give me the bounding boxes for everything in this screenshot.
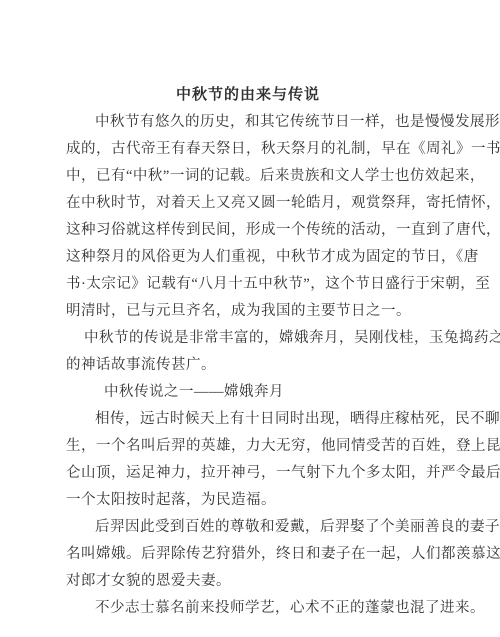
text-line: 的神话故事流传甚广。	[66, 352, 430, 379]
text-line: 这种祭月的风俗更为人们重视，中秋节才成为固定的节日，《唐	[66, 244, 430, 271]
text-line: 这种习俗就这样传到民间，形成一个传统的活动，一直到了唐代，	[66, 217, 430, 244]
text-line: 成的，古代帝王有春天祭日，秋天祭月的礼制，早在《周礼》一书	[66, 136, 430, 163]
document-page: 中秋节的由来与传说 中秋节有悠久的历史，和其它传统节日一样，也是慢慢发展形 成的…	[0, 0, 500, 637]
text-line: 书·太宗记》记载有“八月十五中秋节”，这个节日盛行于宋朝，至	[66, 271, 430, 298]
text-line: 相传，远古时候天上有十日同时出现，晒得庄稼枯死，民不聊	[66, 406, 430, 433]
text-line: 仑山顶，运足神力，拉开神弓，一气射下九个多太阳，并严令最后	[66, 460, 430, 487]
section-subtitle: 中秋传说之一——嫦娥奔月	[66, 379, 430, 406]
text-line: 明清时，已与元旦齐名，成为我国的主要节日之一。	[66, 298, 430, 325]
text-line: 中秋节的传说是非常丰富的，嫦娥奔月，吴刚伐桂，玉兔捣药之类	[66, 325, 430, 352]
document-title: 中秋节的由来与传说	[66, 81, 430, 109]
text-line: 名叫嫦娥。后羿除传艺狩猎外，终日和妻子在一起，人们都羡慕这	[66, 541, 430, 568]
text-line: 在中秋时节，对着天上又亮又圆一轮皓月，观赏祭拜，寄托情怀，	[66, 190, 430, 217]
text-line: 生，一个名叫后羿的英雄，力大无穷，他同情受苦的百姓，登上昆	[66, 433, 430, 460]
text-line: 对郎才女貌的恩爱夫妻。	[66, 568, 430, 595]
text-line: 中，已有“中秋”一词的记载。后来贵族和文人学士也仿效起来，	[66, 163, 430, 190]
text-line: 一个太阳按时起落，为民造福。	[66, 487, 430, 514]
text-line: 后羿因此受到百姓的尊敬和爱戴，后羿娶了个美丽善良的妻子，	[66, 514, 430, 541]
text-line: 不少志士慕名前来投师学艺，心术不正的蓬蒙也混了进来。	[66, 595, 430, 622]
text-line: 中秋节有悠久的历史，和其它传统节日一样，也是慢慢发展形	[66, 109, 430, 136]
